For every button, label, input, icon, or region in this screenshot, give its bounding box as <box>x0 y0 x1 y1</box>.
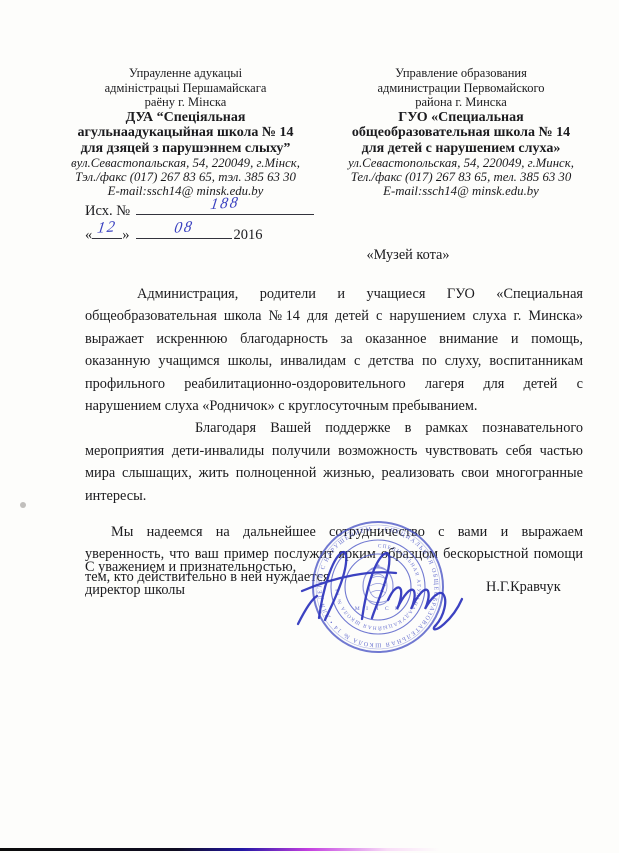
letterhead-line: адміністрацыі Першамайскага <box>28 81 343 96</box>
quote-open: « <box>85 227 92 243</box>
outgoing-number-label: Исх. № <box>85 203 130 219</box>
handwritten-day: 12 <box>96 218 118 238</box>
letterhead-line: района г. Минска <box>316 95 606 110</box>
date-row: «12»082016 <box>85 223 314 247</box>
letterhead-address: вул.Севастопальская, 54, 220049, г.Мінск… <box>28 156 343 170</box>
letterhead-line: Упрауленне адукацыі <box>28 66 343 81</box>
handwritten-outgoing-number: 188 <box>209 194 241 214</box>
signoff-block: С уважением и признательностью, директор… <box>85 556 296 602</box>
signoff-position-line: директор школы <box>85 579 296 602</box>
letterhead-org-name: ДУА “Спеціяльная <box>28 110 343 126</box>
director-name: Н.Г.Кравчук <box>486 579 561 596</box>
letterhead-org-name: ГУО «Специальная <box>316 110 606 126</box>
letterhead-email: E-mail:ssch14@ minsk.edu.by <box>28 184 343 198</box>
director-signature-icon <box>292 536 472 641</box>
reference-block: Исх. №188 «12»082016 <box>85 199 314 247</box>
letterhead-org-name: агульнаадукацыйная школа № 14 <box>28 125 343 141</box>
letterhead-org-name: общеобразовательная школа № 14 <box>316 125 606 141</box>
paragraph-gratitude: Администрация, родители и учащиеся ГУО «… <box>85 283 583 417</box>
letterhead-russian: Управление образования администрации Пер… <box>316 66 606 198</box>
letter-page: Упрауленне адукацыі адміністрацыі Першам… <box>0 0 619 853</box>
letterhead-line: раёну г. Мінска <box>28 95 343 110</box>
addressee-title: «Музей кота» <box>318 247 498 264</box>
handwritten-month: 08 <box>172 218 194 238</box>
paragraph-support: Благодаря Вашей поддержке в рамках позна… <box>85 417 583 507</box>
letterhead-email: E-mail:ssch14@ minsk.edu.by <box>316 184 606 198</box>
scan-speck <box>20 502 26 508</box>
letterhead-line: администрации Первомайского <box>316 81 606 96</box>
month-underline: 08 <box>136 223 232 239</box>
signoff-respect-line: С уважением и признательностью, <box>85 556 296 579</box>
scan-edge-artifact <box>0 848 440 852</box>
letterhead-phone: Тэл./факс (017) 267 83 65, тэл. 385 63 3… <box>28 170 343 184</box>
letterhead-line: Управление образования <box>316 66 606 81</box>
letterhead-address: ул.Севастопольская, 54, 220049, г.Минск, <box>316 156 606 170</box>
day-underline: 12 <box>92 223 122 239</box>
letterhead-phone: Тел./факс (017) 267 83 65, тел. 385 63 3… <box>316 170 606 184</box>
outgoing-number-row: Исх. №188 <box>85 199 314 223</box>
quote-close: » <box>122 227 129 243</box>
outgoing-number-underline: 188 <box>136 199 314 215</box>
letterhead-belarusian: Упрауленне адукацыі адміністрацыі Першам… <box>28 66 343 198</box>
year-text: 2016 <box>234 227 263 243</box>
letterhead-org-name: для дзяцей з парушэннем слыху” <box>28 141 343 157</box>
letterhead-org-name: для детей с нарушением слуха» <box>316 141 606 157</box>
